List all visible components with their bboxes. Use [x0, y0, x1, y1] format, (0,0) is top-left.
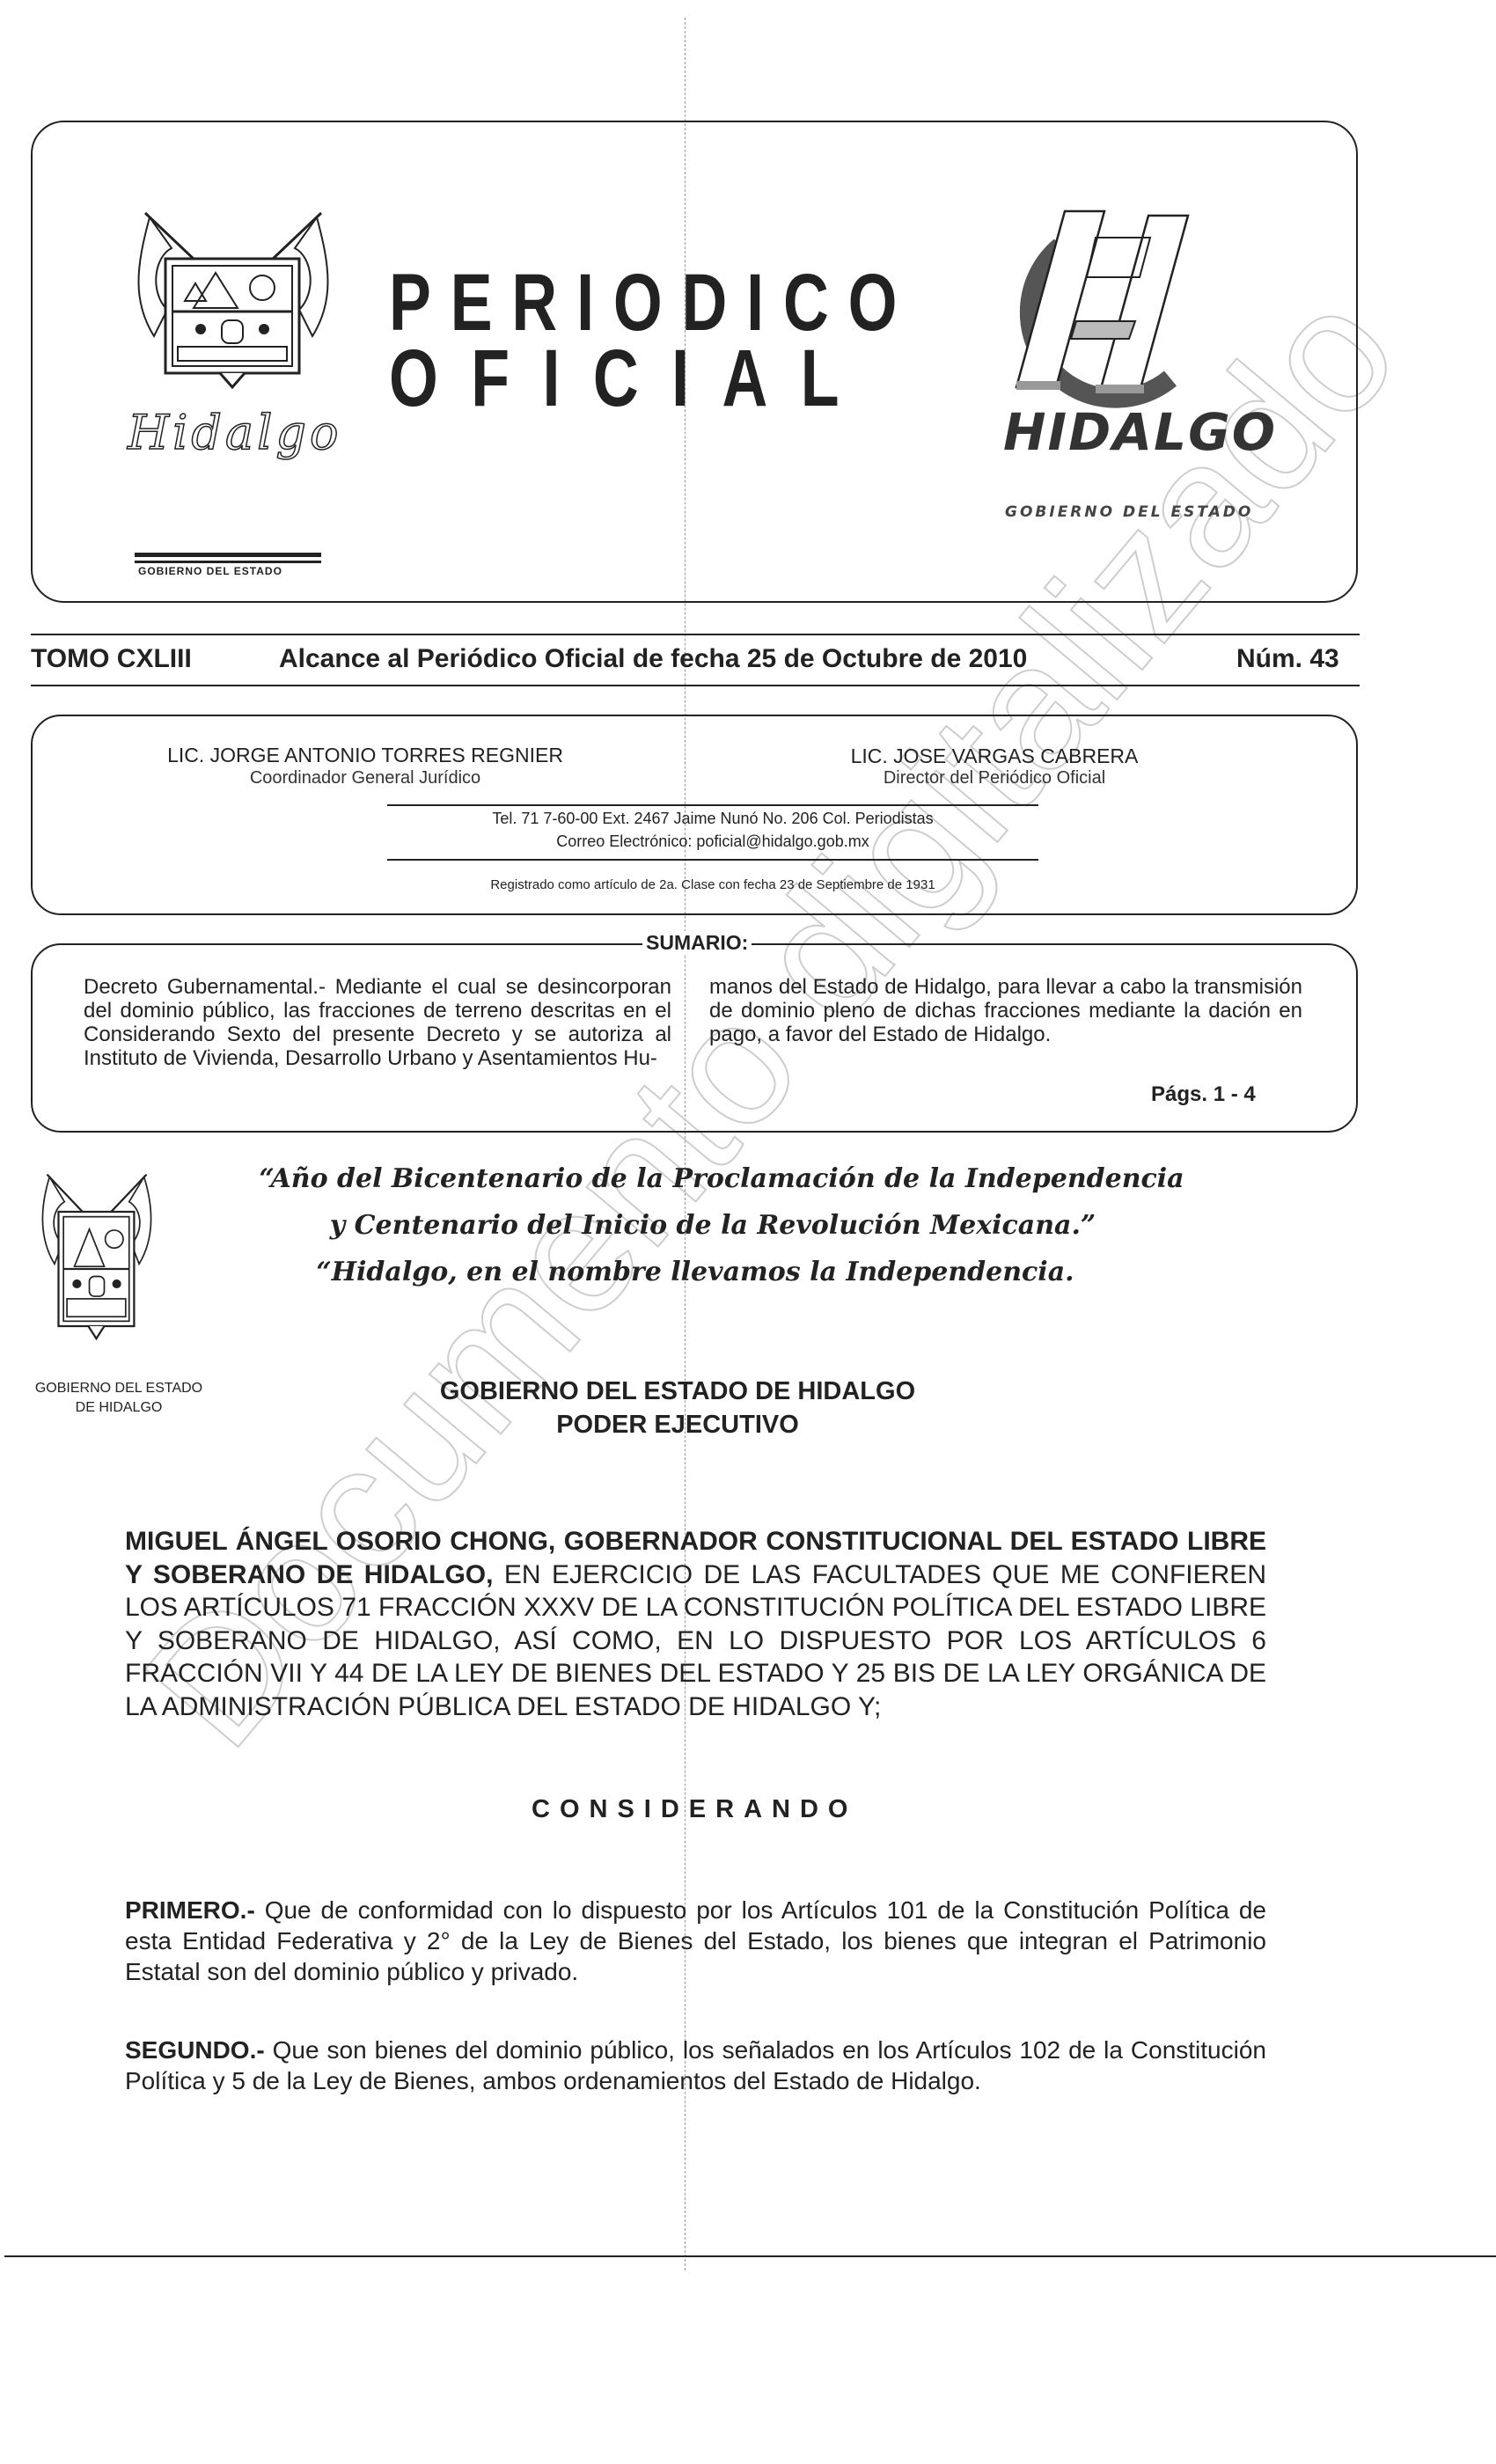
- masthead-title-line2: OFICIAL: [389, 333, 872, 425]
- info-rule-top: [387, 804, 1038, 806]
- logo-wordmark: HIDALGO: [1003, 402, 1277, 462]
- info-rule-bottom: [387, 859, 1038, 861]
- motto-line1: “Año del Bicentenario de la Proclamación…: [229, 1163, 1214, 1194]
- sumario-right-column: manos del Estado de Hidalgo, para llevar…: [709, 975, 1302, 1046]
- contact-left-name: LIC. JORGE ANTONIO TORRES REGNIER: [132, 744, 598, 767]
- considerando-segundo-label: SEGUNDO.-: [125, 2036, 265, 2064]
- logo-subtitle: GOBIERNO DEL ESTADO: [1005, 503, 1253, 521]
- crest-caption: GOBIERNO DEL ESTADO: [138, 565, 282, 577]
- decree-crest-caption-line2: DE HIDALGO: [0, 1398, 238, 1418]
- considerando-primero: PRIMERO.- Que de conformidad con lo disp…: [125, 1895, 1266, 1987]
- contact-email: Correo Electrónico: poficial@hidalgo.gob…: [387, 832, 1038, 851]
- contact-address: Tel. 71 7-60-00 Ext. 2467 Jaime Nunó No.…: [387, 810, 1038, 828]
- contact-left-role: Coordinador General Jurídico: [132, 768, 598, 788]
- considerando-primero-label: PRIMERO.-: [125, 1896, 255, 1924]
- decree-crest-caption: GOBIERNO DEL ESTADO DE HIDALGO: [0, 1379, 238, 1418]
- hidalgo-coat-of-arms-icon: [40, 1163, 154, 1375]
- decree-crest: [40, 1163, 154, 1375]
- crest-rules: [135, 553, 321, 563]
- considerando-segundo-text: Que son bienes del dominio público, los …: [125, 2036, 1266, 2094]
- issue-band: TOMO CXLIII Alcance al Periódico Oficial…: [31, 634, 1360, 686]
- sumario-left-column: Decreto Gubernamental.- Mediante el cual…: [84, 975, 671, 1070]
- issue-number: Núm. 43: [1236, 644, 1339, 674]
- motto-line3: “Hidalgo, en el nombre llevamos la Indep…: [220, 1257, 1170, 1287]
- decree-heading-line1: GOBIERNO DEL ESTADO DE HIDALGO: [308, 1375, 1047, 1408]
- decree-preamble: MIGUEL ÁNGEL OSORIO CHONG, GOBERNADOR CO…: [125, 1525, 1266, 1723]
- considerando-title: CONSIDERANDO: [532, 1795, 857, 1824]
- crest-script-name: Hidalgo: [128, 405, 341, 460]
- contact-right-name: LIC. JOSE VARGAS CABRERA: [810, 744, 1179, 768]
- issue-edition: Alcance al Periódico Oficial de fecha 25…: [279, 644, 1027, 674]
- issue-tomo: TOMO CXLIII: [31, 644, 192, 674]
- page-bottom-rule: [4, 2255, 1496, 2257]
- contact-right-role: Director del Periódico Oficial: [810, 768, 1179, 788]
- decree-heading-line2: PODER EJECUTIVO: [308, 1408, 1047, 1441]
- registration-note: Registrado como artículo de 2a. Clase co…: [387, 877, 1038, 892]
- sumario-pages: Págs. 1 - 4: [1151, 1082, 1256, 1107]
- sumario-label: SUMARIO:: [642, 931, 752, 955]
- motto-line2: y Centenario del Inicio de la Revolución…: [229, 1210, 1197, 1241]
- masthead-left-crest: Hidalgo: [132, 195, 334, 495]
- hidalgo-coat-of-arms-icon: [132, 195, 334, 407]
- hidalgo-h-logo-icon: [955, 198, 1245, 418]
- considerando-primero-text: Que de conformidad con lo dispuesto por …: [125, 1896, 1266, 1985]
- masthead-right-logo: HIDALGO: [955, 198, 1245, 462]
- considerando-segundo: SEGUNDO.- Que son bienes del dominio púb…: [125, 2035, 1266, 2096]
- decree-crest-caption-line1: GOBIERNO DEL ESTADO: [0, 1379, 238, 1398]
